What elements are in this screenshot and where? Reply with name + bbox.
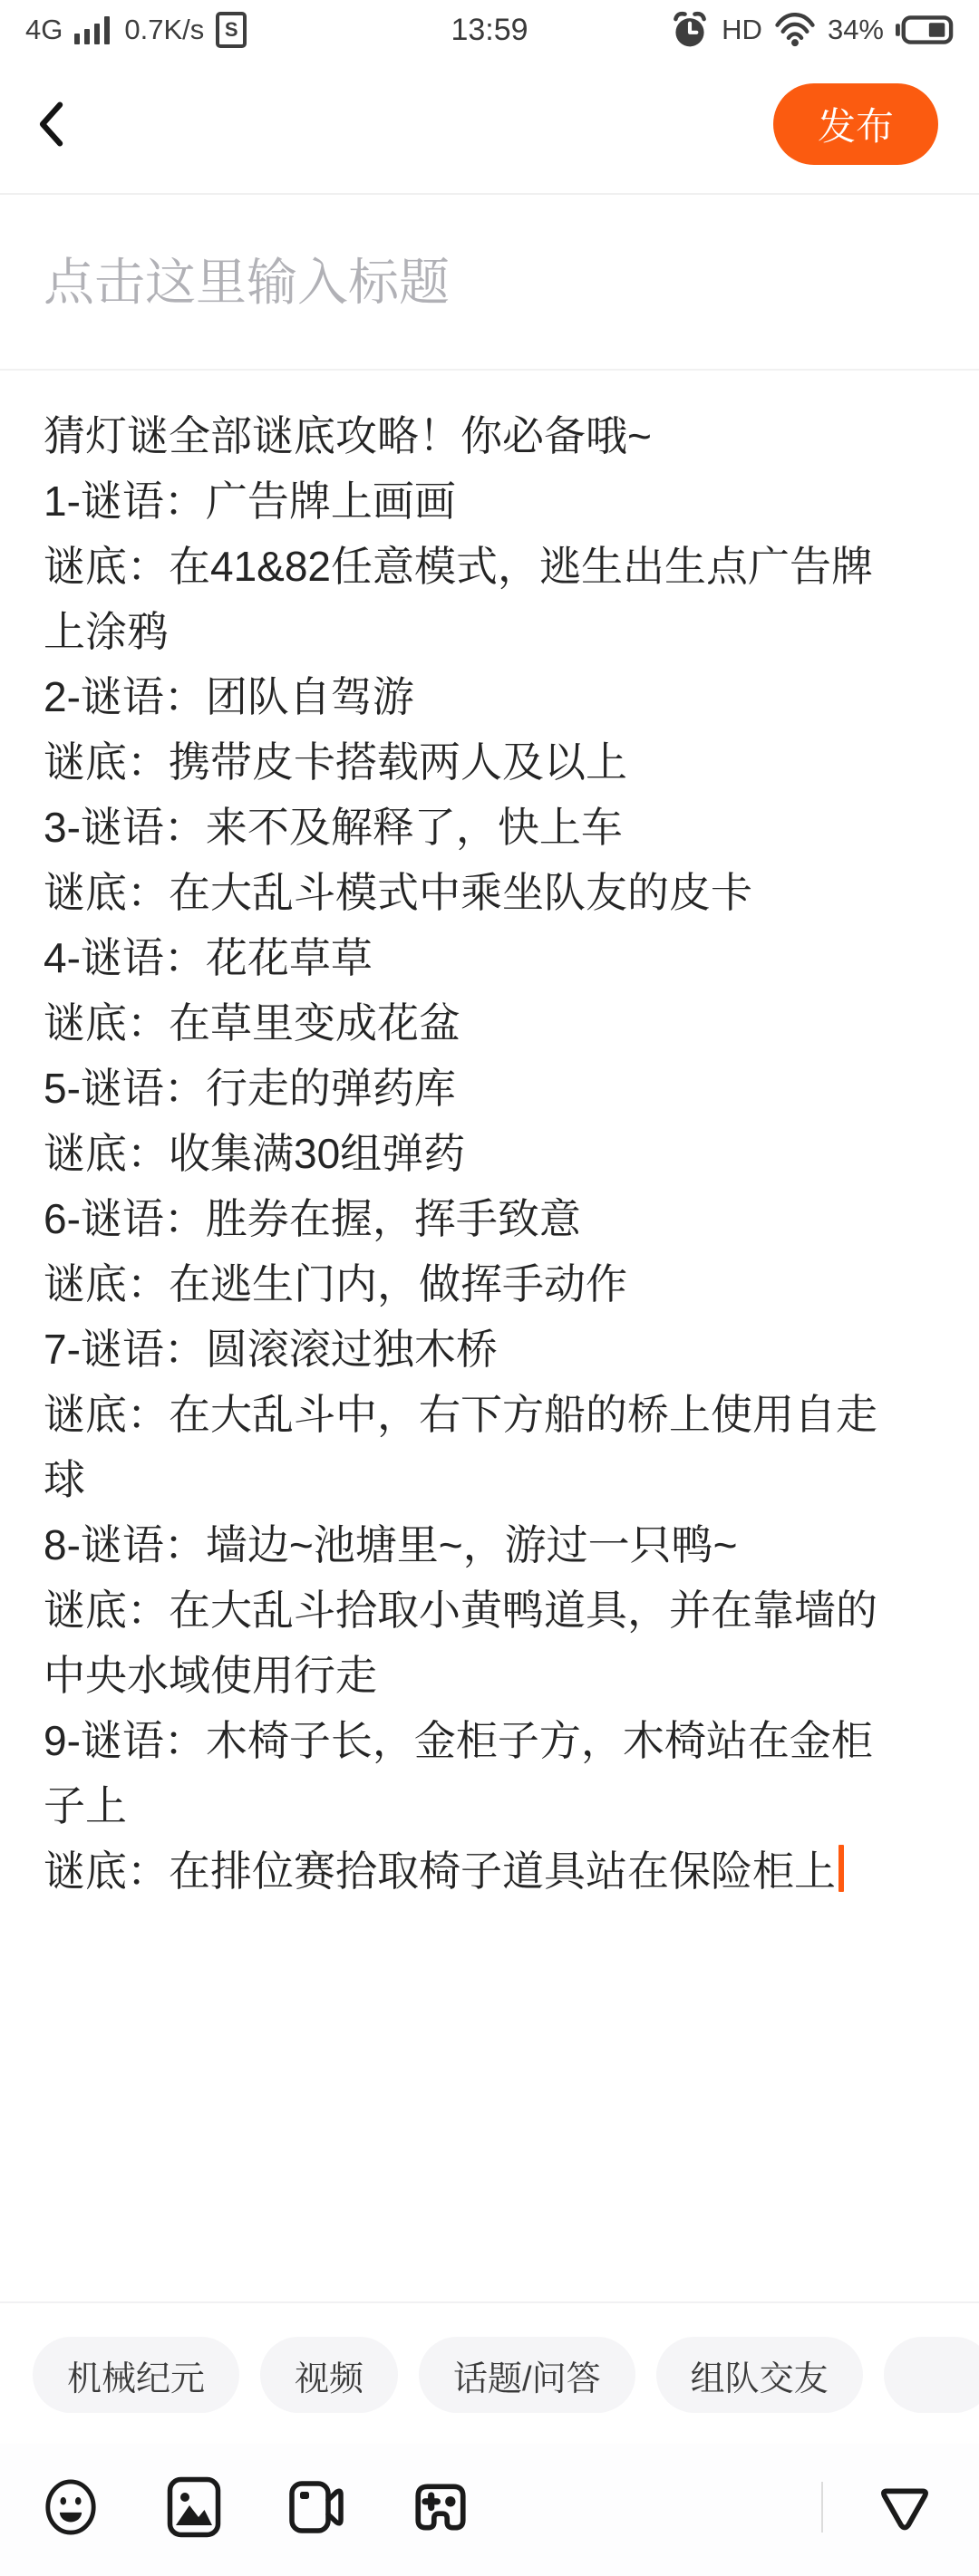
collapse-keyboard-button[interactable] (876, 2478, 934, 2536)
emoji-icon (43, 2476, 99, 2538)
tag-chip-huati-wenda[interactable]: 话题/问答 (419, 2337, 635, 2413)
back-button[interactable] (34, 88, 89, 160)
status-bar: 4G 0.7K/s S 13:59 (0, 0, 979, 54)
tag-bar[interactable]: 机械纪元 视频 话题/问答 组队交友 (0, 2301, 979, 2444)
tag-chip-partial[interactable] (884, 2337, 979, 2413)
title-input[interactable] (44, 253, 935, 312)
text-cursor (838, 1845, 844, 1892)
body-text: 猜灯谜全部谜底攻略！你必备哦~ 1-谜语：广告牌上画画 谜底：在41&82任意模… (44, 412, 877, 1895)
image-icon (167, 2476, 221, 2538)
gamepad-button[interactable] (410, 2475, 471, 2539)
toolbar-divider (821, 2482, 823, 2533)
body-editor[interactable]: 猜灯谜全部谜底攻略！你必备哦~ 1-谜语：广告牌上画画 谜底：在41&82任意模… (0, 371, 979, 1911)
composer-toolbar (0, 2444, 979, 2576)
publish-button[interactable]: 发布 (773, 83, 938, 165)
compose-post-screen: 4G 0.7K/s S 13:59 (0, 0, 979, 2576)
nav-bar: 发布 (0, 54, 979, 195)
gamepad-icon (411, 2479, 470, 2535)
back-icon (34, 99, 67, 150)
tag-chip-jixiejiyuan[interactable]: 机械纪元 (33, 2337, 239, 2413)
tag-chip-zudui-jiaoyou[interactable]: 组队交友 (656, 2337, 863, 2413)
emoji-button[interactable] (40, 2475, 102, 2539)
video-icon (288, 2476, 346, 2538)
keyboard-collapse-icon (878, 2483, 931, 2532)
title-row (0, 195, 979, 371)
tag-chip-shipin[interactable]: 视频 (260, 2337, 398, 2413)
video-button[interactable] (286, 2475, 348, 2539)
status-time: 13:59 (0, 5, 979, 54)
bottom-panel: 机械纪元 视频 话题/问答 组队交友 (0, 2301, 979, 2576)
image-button[interactable] (163, 2475, 225, 2539)
